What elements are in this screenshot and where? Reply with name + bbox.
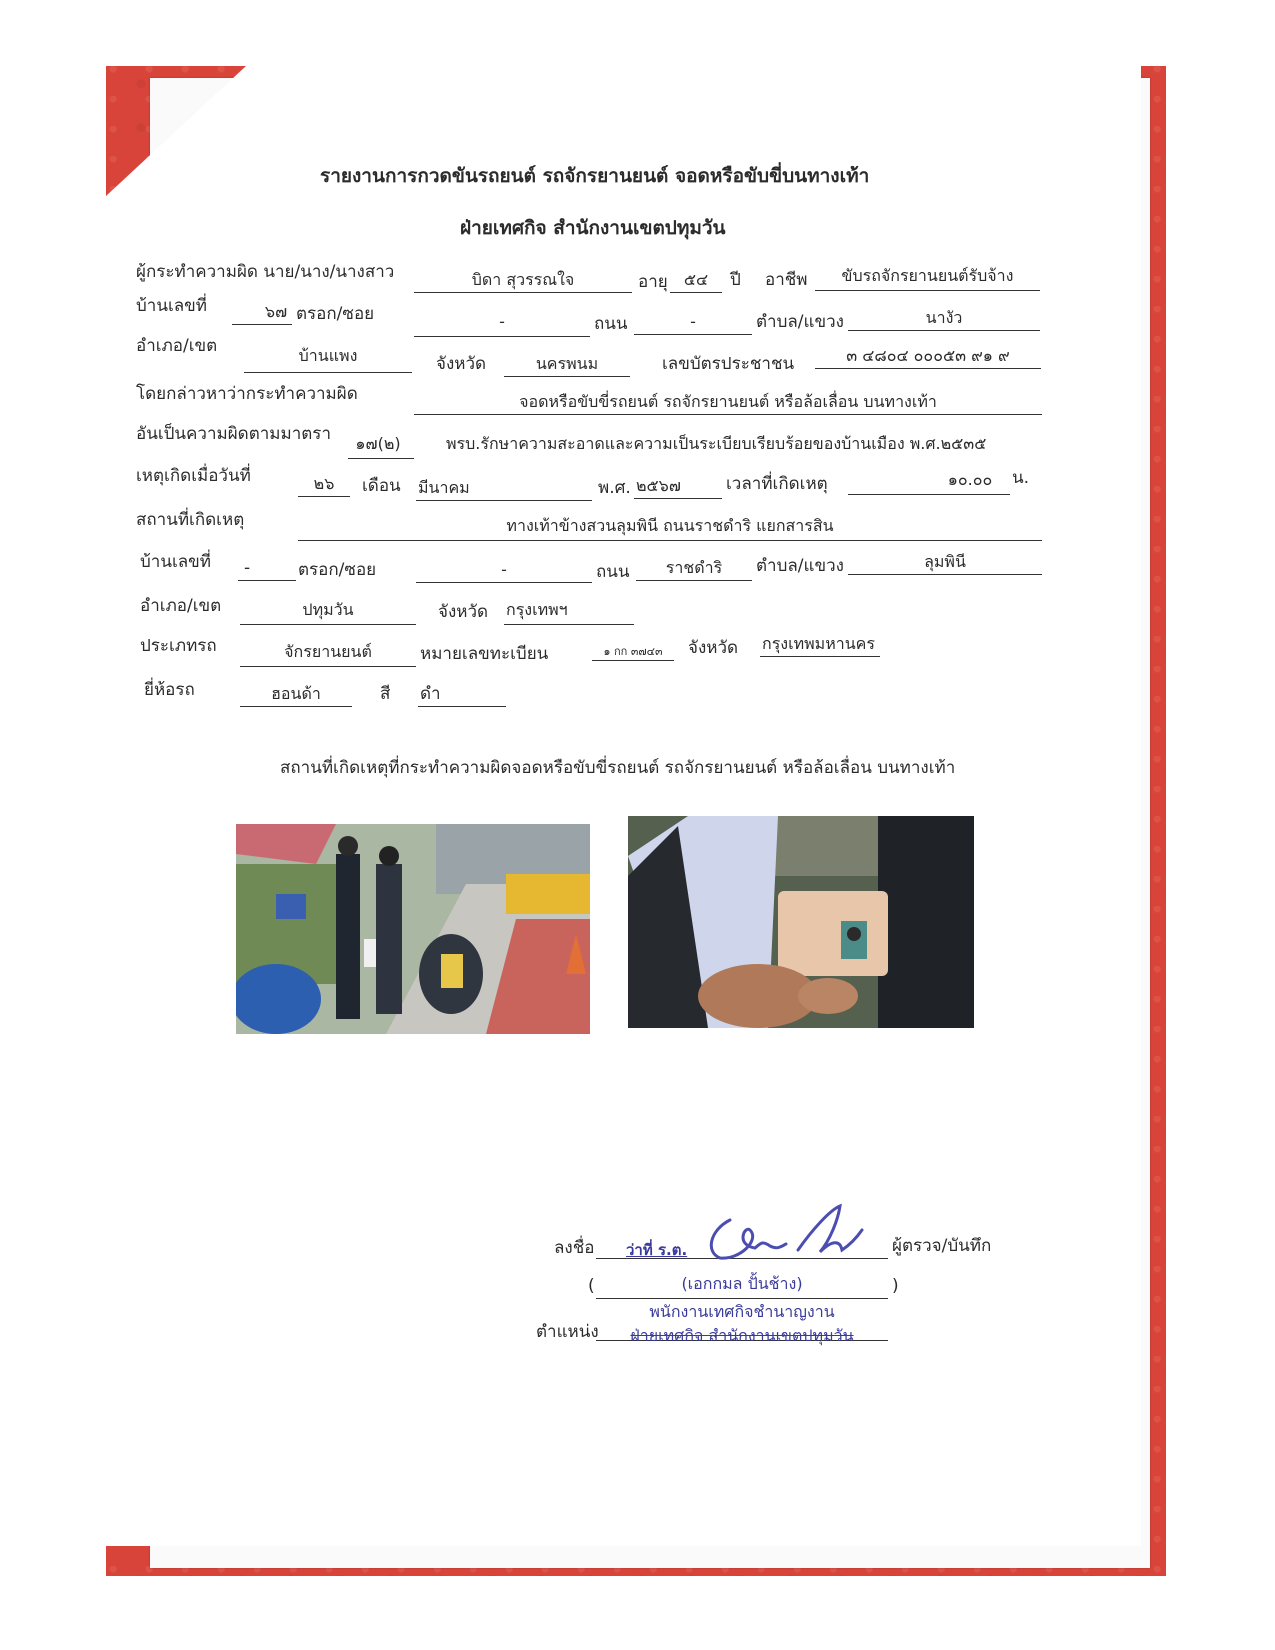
handwritten-signature (700, 1200, 870, 1266)
offender-subdistrict: นางัว (848, 308, 1040, 328)
report-title: รายงานการกวดขันรถยนต์ รถจักรยานยนต์ จอดห… (320, 166, 869, 186)
label-district: อำเภอ/เขต (136, 336, 217, 356)
signer-role: ผู้ตรวจ/บันทึก (892, 1236, 991, 1256)
label-location-house-no: บ้านเลขที่ (140, 552, 211, 572)
label-time: เวลาที่เกิดเหตุ (726, 474, 828, 494)
label-be: พ.ศ. (598, 478, 631, 498)
label-occupation: อาชีพ (765, 270, 808, 290)
vehicle-plate: ๑ กก ๓๗๔๓ (592, 642, 674, 662)
offense-time: ๑๐.๐๐ (930, 470, 1010, 490)
label-plate: หมายเลขทะเบียน (420, 644, 548, 664)
evidence-photo-id-card (628, 816, 974, 1028)
location-road: ราชดำริ (636, 558, 752, 578)
offense-day: ๒๖ (298, 474, 350, 494)
location-subdistrict: ลุมพินี (848, 552, 1042, 572)
label-house-no: บ้านเลขที่ (136, 296, 207, 316)
label-color: สี (380, 684, 390, 704)
offense-accused: จอดหรือขับขี่รถยนต์ รถจักรยานยนต์ หรือล้… (414, 392, 1042, 412)
offender-occupation: ขับรถจักรยานยนต์รับจ้าง (815, 266, 1040, 286)
offender-road: - (634, 312, 752, 332)
offender-name: บิดา สุวรรณใจ (414, 270, 632, 290)
offense-act: พรบ.รักษาความสะอาดและความเป็นระเบียบเรีย… (446, 434, 986, 454)
label-id-number: เลขบัตรประชาชน (662, 354, 794, 374)
vehicle-brand: ฮอนด้า (240, 684, 352, 704)
vehicle-province: กรุงเทพมหานคร (762, 634, 875, 654)
offender-house-no: ๖๗ (258, 302, 294, 322)
offense-month: มีนาคม (418, 478, 470, 498)
open-paren: ( (588, 1276, 595, 1296)
label-location-subdistrict: ตำบล/แขวง (756, 556, 844, 576)
label-month: เดือน (362, 476, 401, 496)
vehicle-type: จักรยานยนต์ (240, 642, 416, 662)
location-soi: - (416, 560, 592, 580)
offense-year: ๒๕๖๗ (636, 476, 681, 496)
label-location-district: อำเภอ/เขต (140, 596, 221, 616)
label-location-soi: ตรอก/ซอย (298, 560, 376, 580)
label-section: อันเป็นความผิดตามมาตรา (136, 424, 331, 444)
label-offender-name: ผู้กระทำความผิด นาย/นาง/นางสาว (136, 262, 394, 282)
label-age: อายุ (638, 272, 668, 292)
close-paren: ) (892, 1276, 899, 1296)
label-soi: ตรอก/ซอย (296, 304, 374, 324)
offender-age: ๕๔ (670, 270, 722, 290)
signer-rank: ว่าที่ ร.ต. (626, 1240, 687, 1260)
label-subdistrict: ตำบล/แขวง (756, 312, 844, 332)
label-brand: ยี่ห้อรถ (144, 680, 195, 700)
label-year: ปี (730, 270, 741, 290)
report-subtitle: ฝ่ายเทศกิจ สำนักงานเขตปทุมวัน (460, 218, 726, 238)
location-district: ปทุมวัน (240, 600, 416, 620)
offender-district: บ้านแพง (244, 346, 412, 366)
offense-section: ๑๗(๒) (348, 434, 408, 454)
photo-caption: สถานที่เกิดเหตุที่กระทำความผิดจอดหรือขับ… (280, 758, 955, 778)
signer-name: (เอกกมล ปั้นช้าง) (596, 1274, 888, 1294)
label-location-road: ถนน (596, 562, 630, 582)
offender-soi: - (414, 312, 590, 332)
label-accused: โดยกล่าวหาว่ากระทำความผิด (136, 384, 358, 404)
offender-id-number: ๓ ๔๘๐๔ ๐๐๐๕๓ ๙๑ ๙ (815, 346, 1041, 366)
location-house-no: - (244, 558, 250, 578)
evidence-photo-scene (236, 824, 590, 1034)
location-place: ทางเท้าข้างสวนลุมพินี ถนนราชดำริ แยกสารส… (298, 516, 1042, 536)
signer-position-line2: ฝ่ายเทศกิจ สำนักงานเขตปทุมวัน (596, 1326, 888, 1346)
time-unit: น. (1012, 468, 1029, 488)
location-province: กรุงเทพฯ (506, 600, 568, 620)
signer-position-line1: พนักงานเทศกิจชำนาญงาน (596, 1302, 888, 1322)
label-place: สถานที่เกิดเหตุ (136, 510, 244, 530)
label-vehicle-province: จังหวัด (688, 638, 738, 658)
label-sign: ลงชื่อ (554, 1238, 594, 1258)
label-vehicle-type: ประเภทรถ (140, 636, 217, 656)
label-location-province: จังหวัด (438, 602, 488, 622)
label-road: ถนน (594, 314, 628, 334)
label-position: ตำแหน่ง (536, 1322, 599, 1342)
label-date: เหตุเกิดเมื่อวันที่ (136, 466, 251, 486)
label-province: จังหวัด (436, 354, 486, 374)
offender-province: นครพนม (504, 354, 630, 374)
vehicle-color: ดำ (420, 684, 441, 704)
